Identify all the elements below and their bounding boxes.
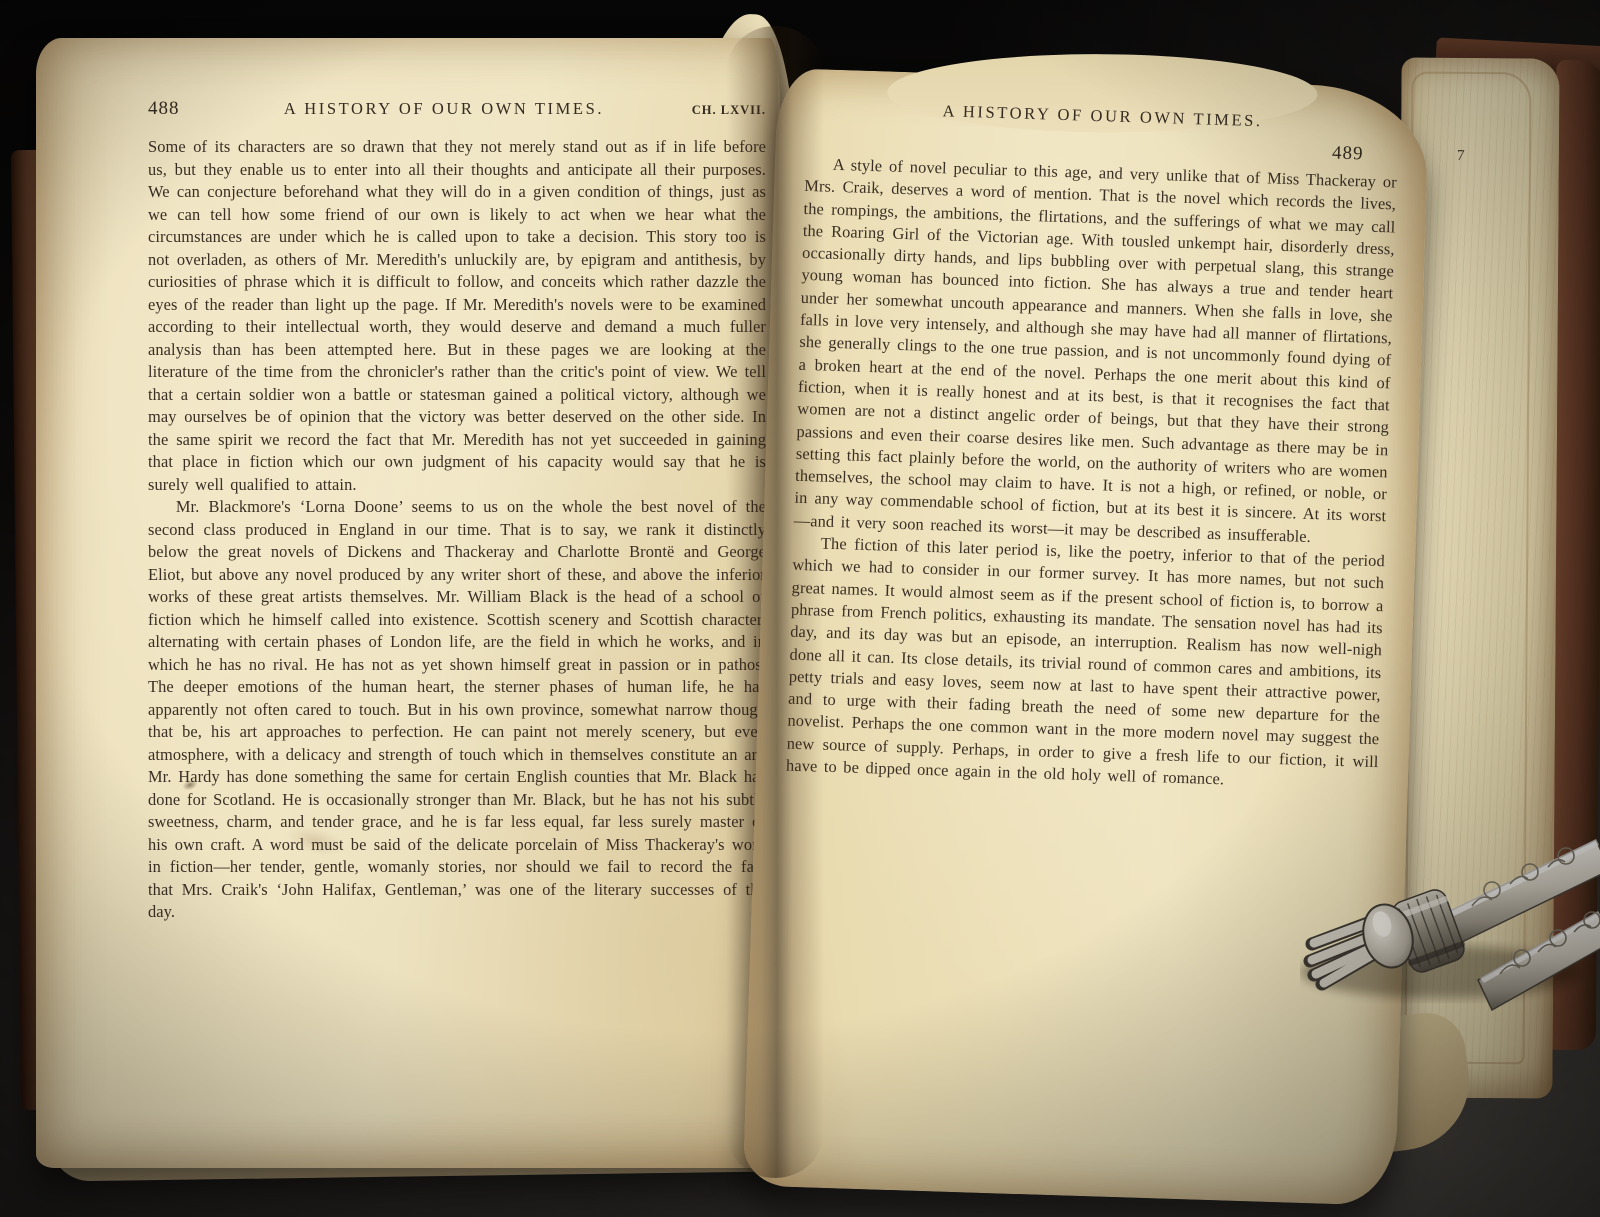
body-paragraph: The fiction of this later period is, lik… xyxy=(786,532,1385,796)
right-page: A HISTORY OF OUR OWN TIMES. 489 A style … xyxy=(743,68,1430,1206)
hand-clasp-bookmark xyxy=(1300,812,1600,1012)
page-number-right: 489 xyxy=(1332,142,1364,165)
photo-scene: 7 488 A HISTORY OF OUR OWN TIMES. CH. LX… xyxy=(0,0,1600,1217)
running-title-left: A HISTORY OF OUR OWN TIMES. xyxy=(226,99,662,119)
body-paragraph: A style of novel peculiar to this age, a… xyxy=(793,153,1397,550)
page-number-left: 488 xyxy=(148,98,226,120)
body-paragraph: Mr. Blackmore's ‘Lorna Doone’ seems to u… xyxy=(148,496,766,924)
body-paragraph: Some of its characters are so drawn that… xyxy=(148,136,766,496)
running-title-right: A HISTORY OF OUR OWN TIMES. xyxy=(806,97,1398,136)
left-page: 488 A HISTORY OF OUR OWN TIMES. CH. LXVI… xyxy=(36,38,780,1168)
chapter-label: CH. LXVII. xyxy=(662,103,766,118)
fore-edge-page-number: 7 xyxy=(1457,148,1465,165)
left-page-header: 488 A HISTORY OF OUR OWN TIMES. CH. LXVI… xyxy=(148,98,766,120)
